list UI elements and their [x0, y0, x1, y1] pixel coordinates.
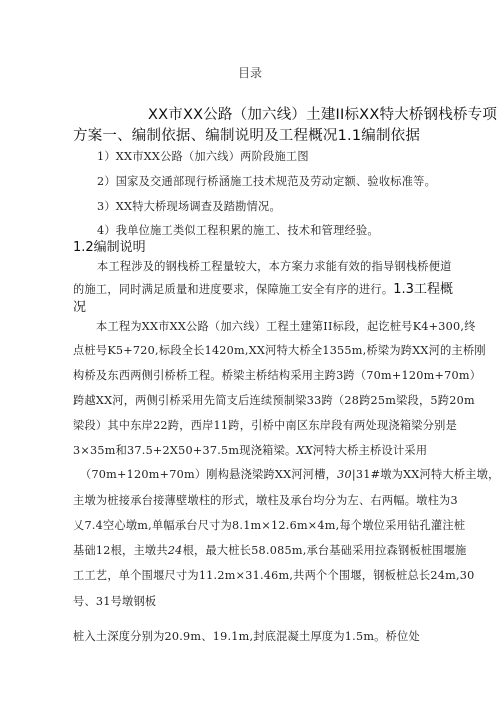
- description-line-1: 本工程涉及的钢栈桥工程量较大，本方案力求能有效的指导钢栈桥便道: [97, 258, 452, 274]
- section-heading-1-3: 1.3工程概: [393, 282, 453, 297]
- document-page: 目录 XX市XX公路（加六线）土建II标XX特大桥钢栈桥专项 方案一、编制依据、…: [0, 0, 500, 707]
- overview-line: 本工程为XX市XX公路（加六线）工程土建第II标段，起讫桩号K4+300,终: [96, 318, 476, 334]
- overview-line: （70m+120m+70m）刚构悬浇梁跨XX河河槽，30|31#墩为XX河特大桥…: [80, 466, 500, 482]
- toc-heading: 目录: [0, 64, 500, 81]
- overview-line: 3×35m和37.5+2X50+37.5m现浇箱梁。XX河特大桥主桥设计采用: [73, 442, 427, 458]
- overview-text-italic: 24: [168, 544, 183, 557]
- section-heading-1-2: 1.2编制说明: [73, 236, 146, 255]
- basis-item-3: 3）XX特大桥现场调查及踏勘情况。: [97, 198, 281, 214]
- basis-item-2: 2）国家及交通部现行桥涵施工技术规范及劳动定额、验收标准等。: [97, 173, 436, 189]
- document-title-line-1: XX市XX公路（加六线）土建II标XX特大桥钢栈桥专项: [148, 103, 497, 124]
- document-title-line-2: 方案一、编制依据、编制说明及工程概况1.1编制依据: [73, 124, 420, 145]
- overview-text: （70m+120m+70m）刚构悬浇梁跨XX河河槽，: [80, 468, 337, 481]
- overview-line: 跨越XX河，两侧引桥采用先简支后连续预制梁33跨（28跨25m梁段，5跨20m: [73, 392, 475, 408]
- overview-line: 主墩为桩接承台接薄壁墩柱的形式，墩柱及承台均分为左、右两幅。墩柱为3: [73, 492, 458, 508]
- overview-text: |31#墩为XX河特大桥主墩，: [352, 468, 500, 481]
- overview-text: 3×35m和37.5+2X50+37.5m现浇箱梁。: [73, 444, 296, 457]
- overview-line: 工工艺，单个围堰尺寸为11.2m×31.46m,共两个个围堰，钢板桩总长24m,…: [73, 567, 475, 583]
- overview-text-italic: 30: [337, 468, 352, 481]
- overview-line: 乂7.4空心墩m,单幅承台尺寸为8.1m×12.6m×4m,每个墩位采用钻孔灌注…: [73, 517, 465, 533]
- overview-text-italic: XX: [296, 444, 312, 457]
- overview-line: 点桩号K5+720,标段全长1420m,XX河特大桥全1355m,桥梁为跨XX河…: [73, 342, 486, 358]
- overview-text: 根，最大桩长58.085m,承台基础采用拉森钢板桩围堰施: [183, 544, 467, 557]
- overview-line: 桩入土深度分别为20.9m、19.1m,封底混凝土厚度为1.5m。桥位处: [73, 628, 420, 644]
- description-line-2: 的施工，同时满足质量和进度要求，保障施工安全有序的进行。1.3工程概: [73, 278, 453, 298]
- section-heading-1-3-cont: 况: [73, 296, 86, 315]
- description-text: 的施工，同时满足质量和进度要求，保障施工安全有序的进行。: [73, 283, 393, 296]
- overview-line: 构桥及东西两侧引桥桥工程。桥梁主桥结构采用主跨3跨（70m+120m+70m）: [73, 367, 481, 383]
- overview-line: 号、31号墩钢板: [73, 593, 156, 609]
- overview-text: 基础12根，主墩共: [73, 544, 168, 557]
- basis-item-1: 1）XX市XX公路（加六线）两阶段施工图: [97, 148, 309, 164]
- overview-line: 基础12根，主墩共24根，最大桩长58.085m,承台基础采用拉森钢板桩围堰施: [73, 542, 467, 558]
- overview-line: 梁段）其中东岸22跨，西岸11跨，引桥中南区东岸段有两处现浇箱梁分别是: [73, 417, 457, 433]
- overview-text: 河特大桥主桥设计采用: [313, 444, 427, 457]
